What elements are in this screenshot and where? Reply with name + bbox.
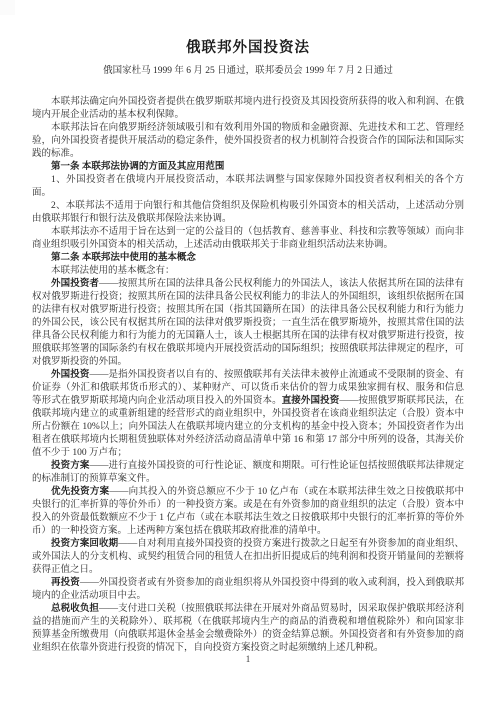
document-title: 俄联邦外国投资法 bbox=[0, 38, 496, 58]
term-lead: 总税收负担 bbox=[51, 604, 99, 614]
article-1-item-1: 1、外国投资者在俄境内开展投资活动，本联邦法调整与国家保障外国投资者权利相关的各… bbox=[32, 174, 464, 200]
term-lead: 再投资 bbox=[51, 578, 80, 588]
term-lead-direct-investment: 直接外国投资 bbox=[282, 396, 340, 406]
term-definition: ——进行直接外国投资的可行性论证、额度和期限。可行性论证包括按照俄联邦法律规定的… bbox=[32, 461, 464, 484]
term-payback-period: 投资方案回收期——自对利用直接外国投资的投资方案进行拨款之日起至有外资参加的商业… bbox=[32, 538, 464, 577]
page-number: 1 bbox=[0, 654, 496, 664]
paragraph-intro-2: 本联邦法旨在向俄罗斯经济领域吸引和有效利用外国的物质和金融资源、先进技术和工艺、… bbox=[32, 122, 464, 161]
document-page: 俄联邦外国投资法 俄国家杜马 1999 年 6 月 25 日通过，联邦委员会 1… bbox=[0, 0, 496, 702]
term-lead: 投资方案回收期 bbox=[51, 539, 118, 549]
paragraph-intro-1: 本联邦法确定向外国投资者提供在俄罗斯联邦境内进行投资及其因投资所获得的收入和利润… bbox=[32, 96, 464, 122]
article-1-heading: 第一条 本联邦法协调的方面及其应用范围 bbox=[32, 161, 464, 174]
term-foreign-investor: 外国投资者——按照其所在国的法律具备公民权利能力的外国法人，该法人依据其所在国的… bbox=[32, 278, 464, 369]
article-1-item-3: 本联邦法亦不适用于旨在达到一定的公益目的（包括教育、慈善事业、科技和宗教等领域）… bbox=[32, 226, 464, 252]
term-priority-investment-plan: 优先投资方案——向其投入的外资总额应不少于 10 亿卢布（或在本联邦法律生效之日… bbox=[32, 486, 464, 538]
document-subtitle: 俄国家杜马 1999 年 6 月 25 日通过，联邦委员会 1999 年 7 月… bbox=[0, 65, 496, 78]
term-lead: 外国投资者 bbox=[51, 279, 99, 289]
term-definition: ——外国投资者或有外资参加的商业组织将从外国投资中得到的收入或利润，投入到俄联邦… bbox=[32, 578, 464, 601]
scan-artifact bbox=[0, 0, 15, 15]
article-2-lede: 本联邦法使用的基本概念有： bbox=[32, 265, 464, 278]
term-foreign-investment: 外国投资——是指外国投资者以自有的、按照俄联邦有关法律未被停止流通或不受限制的资… bbox=[32, 369, 464, 460]
article-1-item-2: 2、本联邦法不适用于向银行和其他信贷组织及保险机构吸引外国资本的相关活动，上述活… bbox=[32, 200, 464, 226]
term-investment-plan: 投资方案——进行直接外国投资的可行性论证、额度和期限。可行性论证包括按照俄联邦法… bbox=[32, 460, 464, 486]
term-reinvestment: 再投资——外国投资者或有外资参加的商业组织将从外国投资中得到的收入或利润，投入到… bbox=[32, 577, 464, 603]
term-lead: 优先投资方案 bbox=[51, 487, 109, 497]
term-lead: 投资方案 bbox=[51, 461, 89, 471]
document-body: 本联邦法确定向外国投资者提供在俄罗斯联邦境内进行投资及其因投资所获得的收入和利润… bbox=[32, 96, 464, 655]
term-total-tax-burden: 总税收负担——支付进口关税（按照俄联邦法律在开展对外商品贸易时，因采取保护俄联邦… bbox=[32, 603, 464, 655]
term-lead: 外国投资 bbox=[51, 370, 89, 380]
term-definition: ——按照其所在国的法律具备公民权利能力的外国法人，该法人依据其所在国的法律有权对… bbox=[32, 279, 464, 367]
article-2-heading: 第二条 本联邦法中使用的基本概念 bbox=[32, 252, 464, 265]
